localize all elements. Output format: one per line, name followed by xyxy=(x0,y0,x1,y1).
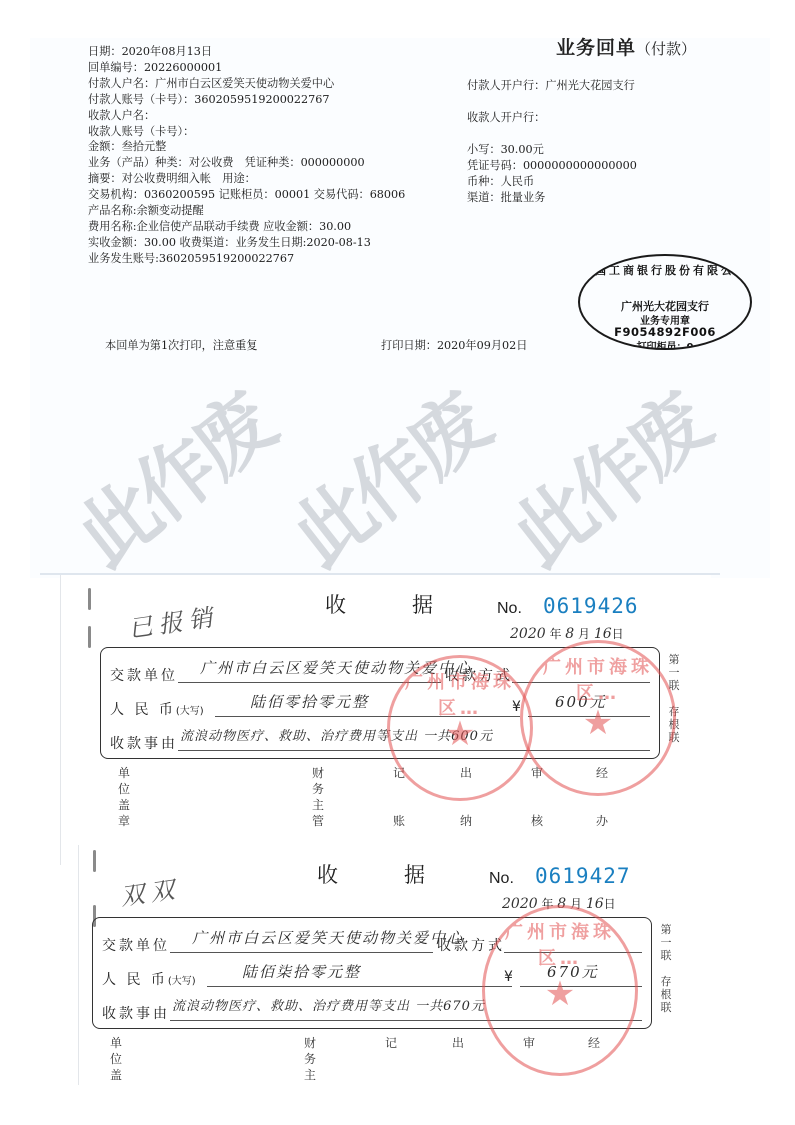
label-reason: 收款事由 xyxy=(102,1003,170,1023)
red-seal-text: 广州市海珠区… xyxy=(485,918,635,970)
payee-bank: 收款人开户行： xyxy=(467,111,545,125)
receipt-title-shou: 收 xyxy=(317,859,338,889)
receipt-number: 0619426 xyxy=(543,594,639,618)
staple xyxy=(88,626,91,648)
date-handwritten: 8 xyxy=(565,626,574,642)
amount-small: 小写：30.00元 xyxy=(467,143,544,157)
receipt-no-label: No. xyxy=(497,600,522,618)
label-rmb: 人 民 币(大写) xyxy=(110,699,204,719)
footer-unit-seal: 单位盖章 xyxy=(117,765,131,829)
date-label: 日 xyxy=(612,627,624,641)
bank-field: 摘要：对公收费明细入帐 用途： xyxy=(88,172,256,186)
bank-field: 付款人户名：广州市白云区爱笑天使动物关爱中心 xyxy=(88,77,334,91)
star-icon: ★ xyxy=(523,703,673,743)
footer-unit-seal: 单位盖 xyxy=(109,1035,123,1083)
red-seal-text: 广州市海珠区… xyxy=(523,653,673,705)
payer-underline xyxy=(170,952,433,953)
bank-field: 收款人账号（卡号）： xyxy=(88,125,194,139)
seal-arc-text: 中国工商银行股份有限公司 xyxy=(580,256,750,296)
rmb-underline xyxy=(207,986,512,987)
red-seal-text: 广州市海珠区… xyxy=(390,668,530,720)
print-date: 打印日期：2020年09月02日 xyxy=(381,339,527,353)
date-handwritten: 16 xyxy=(586,896,604,912)
date-label: 日 xyxy=(604,897,616,911)
bank-field: 业务（产品）种类：对公收费 凭证种类：000000000 xyxy=(88,156,365,170)
label-rmb-uppercase: (大写) xyxy=(176,706,204,717)
receipt-title-shou: 收 xyxy=(325,589,346,619)
bank-seal-stamp: 中国工商银行股份有限公司 广州光大花园支行 业务专用章 F9054892F006… xyxy=(578,254,752,350)
date-label: 年 xyxy=(546,627,566,641)
payer-bank: 付款人开户行：广州光大花园支行 xyxy=(467,79,635,93)
bank-receipt-title: 业务回单（付款） xyxy=(556,33,696,60)
footer-reviewer: 审核 xyxy=(530,765,544,829)
date-label: 月 xyxy=(574,627,594,641)
bank-field: 日期：2020年08月13日 xyxy=(88,45,212,59)
staple xyxy=(93,850,96,872)
print-note: 本回单为第1次打印，注意重复 xyxy=(105,339,258,353)
staple xyxy=(88,588,91,610)
seal-code: F9054892F006 xyxy=(580,325,750,339)
receipt-title-ju: 据 xyxy=(404,859,425,889)
bank-field: 收款人户名： xyxy=(88,109,155,123)
title-sub: （付款） xyxy=(636,40,696,58)
rmb-words-value[interactable]: 陆佰零拾零元整 xyxy=(250,691,369,712)
bank-field: 费用名称:企业信使产品联动手续费 应收金额：30.00 xyxy=(88,220,351,234)
bank-field: 金额：叁拾元整 xyxy=(88,140,166,154)
footer-finance-manager: 财务主管 xyxy=(311,765,325,829)
bank-field: 实收金额：30.00 收费渠道：业务发生日期:2020-08-13 xyxy=(88,236,371,250)
label-rmb-uppercase: (大写) xyxy=(168,976,196,987)
star-icon: ★ xyxy=(485,974,635,1014)
footer-cashier: 出 xyxy=(451,1035,465,1051)
bank-field: 付款人账号（卡号）：3602059519200022767 xyxy=(88,93,330,107)
receipt-date: 2020 年 8 月 16日 xyxy=(510,625,624,642)
currency: 币种：人民币 xyxy=(467,175,534,189)
footer-finance-manager: 财务主 xyxy=(303,1035,317,1083)
copy-label: 第一联 存根联 xyxy=(660,923,672,1014)
payer-value[interactable]: 广州市白云区爱笑天使动物关爱中心 xyxy=(192,927,464,948)
star-icon: ★ xyxy=(390,714,530,754)
red-seal-stamp: 广州市海珠区…★ xyxy=(482,905,638,1076)
reason-value[interactable]: 流浪动物医疗、救助、治疗费用等支出 一共670元 xyxy=(172,995,485,1014)
bank-field: 交易机构：0360200595 记账柜员：00001 交易代码：68006 xyxy=(88,188,405,202)
title-main: 业务回单 xyxy=(556,37,636,59)
label-payer: 交款单位 xyxy=(110,665,178,685)
label-payer: 交款单位 xyxy=(102,935,170,955)
bank-field: 回单编号：20226000001 xyxy=(88,61,222,75)
receipt-number: 0619427 xyxy=(535,864,631,888)
red-seal-stamp: 广州市海珠区…★ xyxy=(520,640,676,796)
rmb-words-value[interactable]: 陆佰柒拾零元整 xyxy=(242,961,361,982)
date-handwritten: 2020 xyxy=(510,626,546,642)
label-reason: 收款事由 xyxy=(110,733,178,753)
channel: 渠道：批量业务 xyxy=(467,191,545,205)
voucher-number: 凭证号码：0000000000000000 xyxy=(467,159,637,173)
receipt-title-ju: 据 xyxy=(412,589,433,619)
receipt-no-label: No. xyxy=(489,870,514,888)
footer-bookkeeper: 记 xyxy=(384,1035,398,1051)
bank-field: 产品名称:余额变动提醒 xyxy=(88,204,204,218)
label-rmb: 人 民 币(大写) xyxy=(102,969,196,989)
bank-field: 业务发生账号:3602059519200022767 xyxy=(88,252,294,266)
red-seal-stamp: 广州市海珠区…★ xyxy=(387,655,533,801)
